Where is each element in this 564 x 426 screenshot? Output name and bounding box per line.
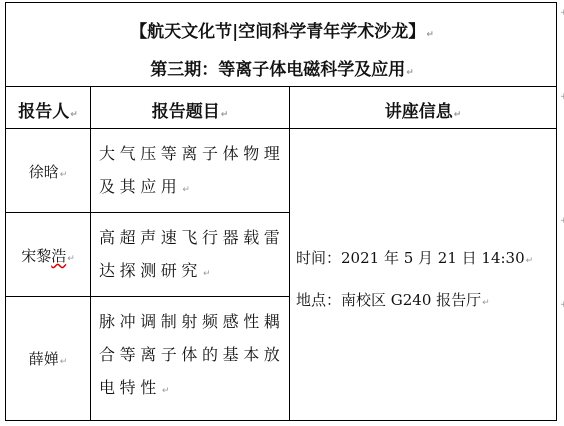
column-header-label: 报告题目 — [152, 102, 220, 122]
row-end-mark: + — [560, 300, 564, 310]
page-subtitle: 第三期：等离子体电磁科学及应用↵ — [6, 55, 558, 80]
topic-cell: 大气压等离子体物理 及其应用↵ — [99, 137, 284, 207]
paragraph-mark: ↵ — [182, 185, 194, 195]
topic-cell: 高超声速飞行器载雷 达探测研究↵ — [99, 221, 284, 291]
lecture-time: 时间：2021 年 5 月 21 日 14:30↵ — [296, 247, 533, 268]
topic-line-text: 及其应用 — [99, 177, 181, 196]
title-text: 【航天文化节|空间科学青年学术沙龙】 — [130, 22, 425, 42]
speaker-name: 薛婵 — [29, 350, 59, 368]
column-header-topic: 报告题目↵ — [91, 97, 289, 122]
topic-line-text: 达探测研究 — [99, 261, 202, 280]
speaker-name: 徐晗 — [29, 163, 59, 181]
row-end-mark: + — [560, 92, 564, 102]
row-end-mark: + — [560, 216, 564, 226]
topic-line: 电特性↵ — [99, 371, 284, 408]
column-header-label: 讲座信息 — [385, 102, 453, 122]
paragraph-mark: ↵ — [482, 298, 490, 308]
topic-line: 及其应用↵ — [99, 170, 284, 207]
topic-line: 大气压等离子体物理 — [99, 137, 284, 170]
column-header-label: 报告人 — [18, 102, 69, 122]
paragraph-mark: ↵ — [67, 254, 75, 264]
paragraph-mark: ↵ — [221, 110, 229, 120]
time-text: 时间：2021 年 5 月 21 日 14:30 — [296, 249, 525, 267]
topic-line: 合等离子体的基本放 — [99, 338, 284, 371]
topic-line: 高超声速飞行器载雷 — [99, 221, 284, 254]
divider-header-rows — [6, 128, 556, 129]
paragraph-mark: ↵ — [454, 110, 462, 120]
topic-line: 脉冲调制射频感性耦 — [99, 305, 284, 338]
paragraph-mark: ↵ — [70, 110, 78, 120]
column-header-speaker: 报告人↵ — [6, 97, 90, 122]
topic-line: 达探测研究↵ — [99, 254, 284, 291]
speaker-cell: 徐晗↵ — [6, 161, 90, 182]
divider-title-header — [6, 86, 556, 87]
paragraph-mark: ↵ — [406, 68, 414, 78]
spellcheck-underline: 浩 — [51, 247, 66, 265]
subtitle-text: 第三期：等离子体电磁科学及应用 — [150, 60, 405, 80]
divider-col2-col3 — [289, 86, 290, 421]
paragraph-mark: ↵ — [60, 170, 68, 180]
paragraph-mark: ↵ — [60, 357, 68, 367]
lecture-table: 【航天文化节|空间科学青年学术沙龙】↵ 第三期：等离子体电磁科学及应用↵ 报告人… — [5, 2, 557, 421]
row-end-mark: + — [560, 8, 564, 18]
divider-row1-row2 — [6, 212, 289, 213]
paragraph-mark: ↵ — [526, 256, 534, 266]
divider-row2-row3 — [6, 296, 289, 297]
divider-col1-col2 — [90, 86, 91, 421]
topic-line-text: 电特性 — [99, 378, 161, 397]
speaker-cell: 薛婵↵ — [6, 348, 90, 369]
speaker-name: 宋黎浩 — [21, 247, 66, 265]
lecture-location: 地点：南校区 G240 报告厅↵ — [296, 289, 490, 310]
page-title: 【航天文化节|空间科学青年学术沙龙】↵ — [6, 17, 558, 42]
paragraph-mark: ↵ — [426, 30, 434, 40]
paragraph-mark: ↵ — [162, 386, 174, 396]
topic-cell: 脉冲调制射频感性耦 合等离子体的基本放 电特性↵ — [99, 305, 284, 408]
location-text: 地点：南校区 G240 报告厅 — [296, 291, 481, 309]
column-header-info: 讲座信息↵ — [290, 97, 556, 122]
paragraph-mark: ↵ — [203, 269, 215, 279]
speaker-cell: 宋黎浩↵ — [6, 245, 90, 266]
